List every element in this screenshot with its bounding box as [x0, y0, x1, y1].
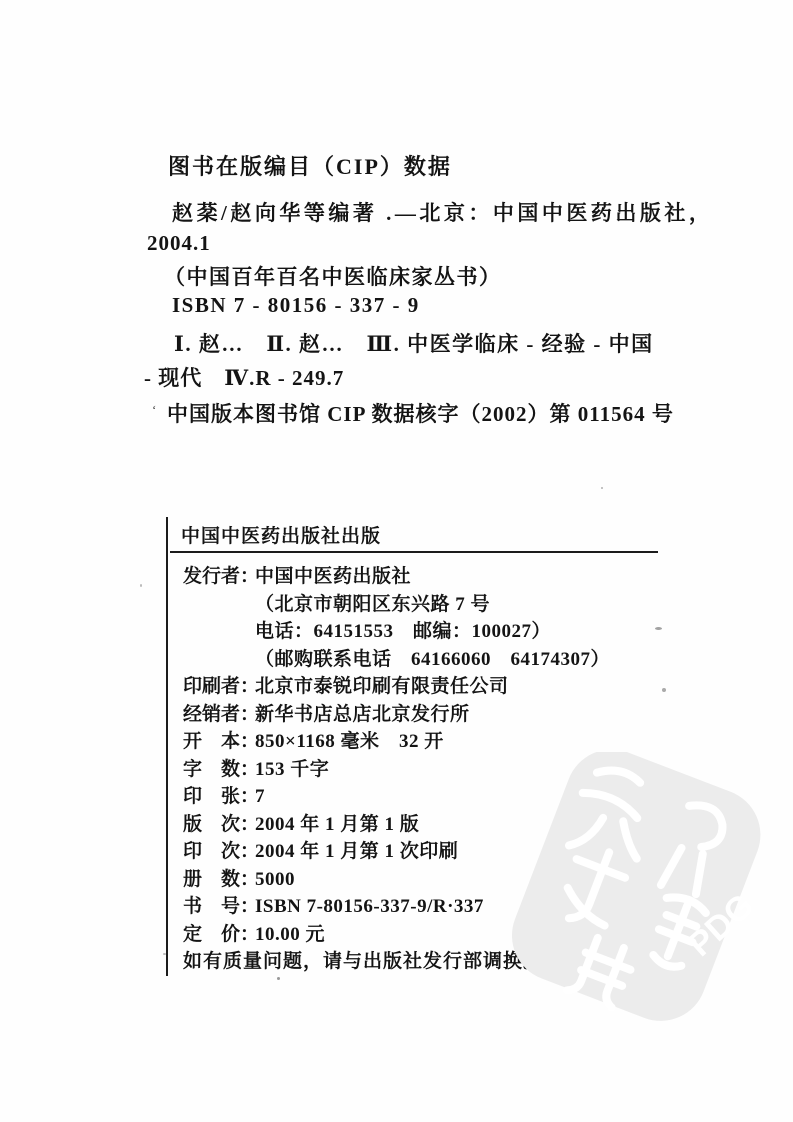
cip-author-line: 赵棻/赵向华等编著 .—北京：中国中医药出版社， [172, 197, 713, 227]
book-copyright-page: 图书在版编目（CIP）数据 赵棻/赵向华等编著 .—北京：中国中医药出版社， 2… [0, 0, 793, 1122]
cip-title: 图书在版编目（CIP）数据 [168, 150, 452, 181]
scan-speck [277, 977, 280, 980]
row-label: 书 号： [183, 893, 255, 921]
row-value: ISBN 7-80156-337-9/R·337 [255, 896, 484, 917]
row-value: 电话：64151553 邮编：100027） [255, 621, 551, 642]
scan-speck [163, 953, 166, 955]
row-value: 7 [255, 786, 265, 807]
cip-series-line: （中国百年百名中医临床家丛书） [164, 261, 502, 291]
row-value: 2004 年 1 月第 1 版 [255, 814, 419, 835]
colophon-row-printer: 印刷者：北京市泰锐印刷有限责任公司 [183, 673, 703, 701]
row-label: 印 次： [183, 838, 255, 866]
colophon-publisher-header: 中国中医药出版社出版 [181, 521, 381, 548]
colophon-row-publisher: 发行者：中国中医药出版社 [183, 563, 703, 591]
row-value: 中国中医药出版社 [255, 566, 411, 587]
row-label: 印刷者： [183, 673, 255, 701]
row-value: 北京市泰锐印刷有限责任公司 [255, 676, 509, 697]
row-label: 字 数： [183, 756, 255, 784]
row-value: 850×1168 毫米 32 开 [255, 731, 444, 752]
row-value: 153 千字 [255, 759, 329, 780]
pdg-watermark-stamp: PDG [505, 752, 785, 1047]
row-value: 10.00 元 [255, 924, 325, 945]
colophon-row-address: （北京市朝阳区东兴路 7 号 [183, 591, 703, 619]
colophon-row-mailorder-phone: （邮购联系电话 64166060 64174307） [183, 646, 703, 674]
scan-speck [140, 584, 142, 587]
row-label: 版 次： [183, 811, 255, 839]
row-value: 2004 年 1 月第 1 次印刷 [255, 841, 458, 862]
row-value: （邮购联系电话 64166060 64174307） [255, 649, 610, 670]
row-label: 定 价： [183, 921, 255, 949]
cip-record-number-line: 中国版本图书馆 CIP 数据核字（2002）第 011564 号 [167, 398, 674, 428]
row-label: 发行者： [183, 563, 255, 591]
colophon-header-rule [170, 551, 658, 553]
cip-year-line: 2004.1 [147, 231, 211, 256]
row-label: 册 数： [183, 866, 255, 894]
scan-speck [662, 688, 666, 692]
colophon-row-distributor: 经销者：新华书店总店北京发行所 [183, 701, 703, 729]
row-label: 印 张： [183, 783, 255, 811]
row-value: （北京市朝阳区东兴路 7 号 [255, 594, 490, 615]
row-value: 5000 [255, 869, 295, 890]
row-label: 经销者： [183, 701, 255, 729]
scan-speck [601, 487, 603, 489]
cip-classification-line-2: - 现代 Ⅳ.R - 249.7 [144, 362, 344, 392]
colophon-row-phone-zip: 电话：64151553 邮编：100027） [183, 618, 703, 646]
scan-artifact-tick: ʻ [152, 402, 156, 418]
row-value: 新华书店总店北京发行所 [255, 704, 470, 725]
cip-classification-line-1: Ⅰ. 赵… Ⅱ. 赵… Ⅲ. 中医学临床 - 经验 - 中国 [174, 328, 654, 358]
row-label: 开 本： [183, 728, 255, 756]
scan-speck [655, 627, 662, 630]
cip-isbn-line: ISBN 7 - 80156 - 337 - 9 [172, 293, 420, 318]
colophon-left-rule [166, 517, 168, 976]
